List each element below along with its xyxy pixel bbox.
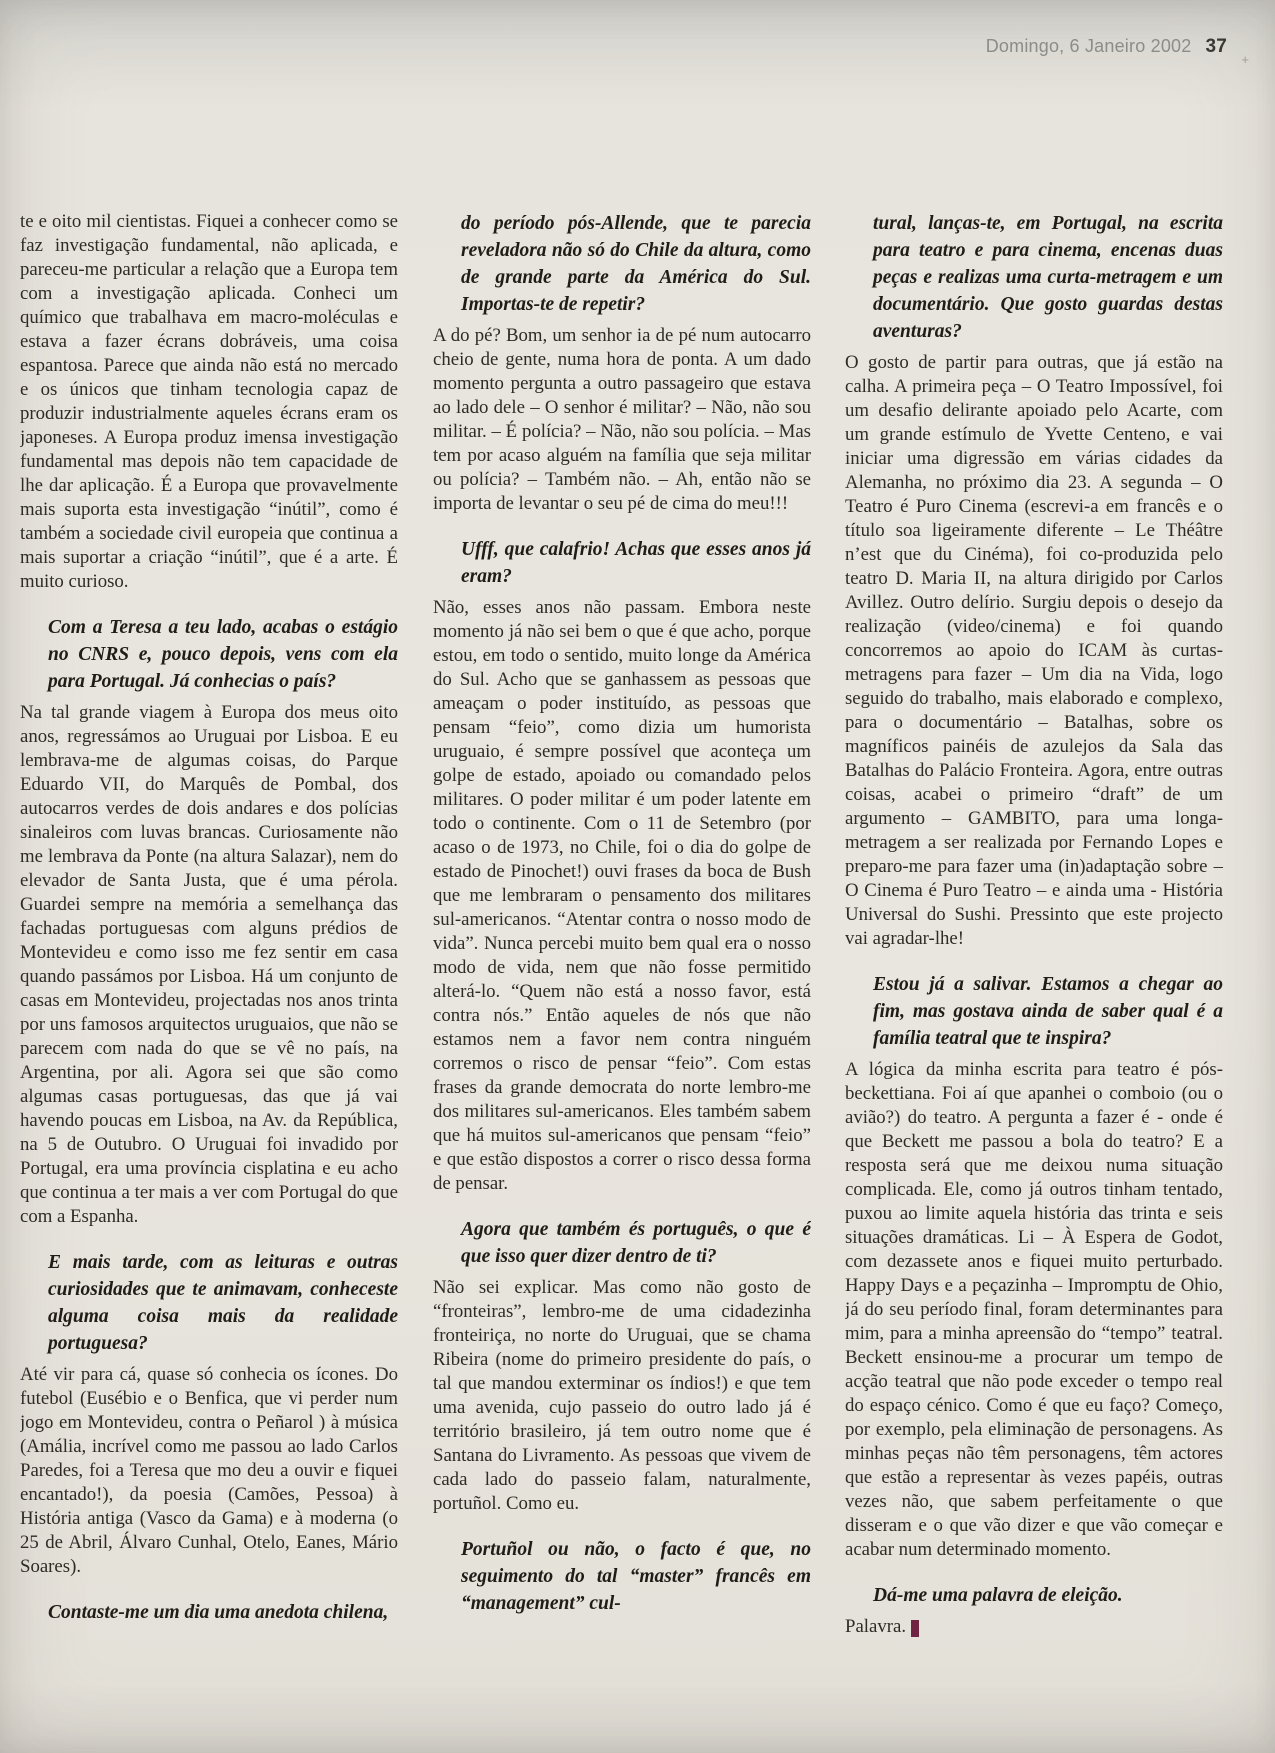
answer-paragraph: Na tal grande viagem à Europa dos meus o… [20, 701, 398, 1229]
interview-question: Portuñol ou não, o facto é que, no segui… [433, 1536, 811, 1617]
answer-paragraph: te e oito mil cientistas. Fiquei a conhe… [20, 210, 398, 594]
column-1: te e oito mil cientistas. Fiquei a conhe… [20, 210, 398, 1746]
interview-question-continued: do período pós-Allende, que te parecia r… [433, 210, 811, 318]
interview-question: Contaste-me um dia uma anedota chilena, [20, 1599, 398, 1626]
page-header: Domingo, 6 Janeiro 200237 [986, 36, 1227, 58]
crop-mark: + [1241, 52, 1249, 67]
page-number: 37 [1205, 36, 1227, 57]
answer-paragraph: Não, esses anos não passam. Embora neste… [433, 596, 811, 1196]
final-word: Palavra. [845, 1615, 906, 1639]
interview-question: Dá-me uma palavra de eleição. [845, 1582, 1223, 1609]
answer-paragraph: A do pé? Bom, um senhor ia de pé num aut… [433, 324, 811, 516]
newspaper-page: Domingo, 6 Janeiro 200237 + te e oito mi… [0, 0, 1275, 1753]
answer-paragraph: A lógica da minha escrita para teatro é … [845, 1058, 1223, 1562]
answer-final-line: Palavra. [845, 1615, 1223, 1639]
end-of-article-marker [911, 1620, 919, 1637]
column-2: do período pós-Allende, que te parecia r… [433, 210, 811, 1746]
answer-paragraph: O gosto de partir para outras, que já es… [845, 351, 1223, 951]
header-date: Domingo, 6 Janeiro 2002 [986, 36, 1192, 56]
interview-question-continued: tural, lanças-te, em Portugal, na escrit… [845, 210, 1223, 345]
answer-paragraph: Até vir para cá, quase só conhecia os íc… [20, 1363, 398, 1579]
answer-paragraph: Não sei explicar. Mas como não gosto de … [433, 1276, 811, 1516]
interview-question: Ufff, que calafrio! Achas que esses anos… [433, 536, 811, 590]
interview-question: Agora que também és português, o que é q… [433, 1216, 811, 1270]
interview-question: Com a Teresa a teu lado, acabas o estági… [20, 614, 398, 695]
column-3: tural, lanças-te, em Portugal, na escrit… [845, 210, 1223, 1746]
interview-question: Estou já a salivar. Estamos a chegar ao … [845, 971, 1223, 1052]
interview-question: E mais tarde, com as leituras e outras c… [20, 1249, 398, 1357]
